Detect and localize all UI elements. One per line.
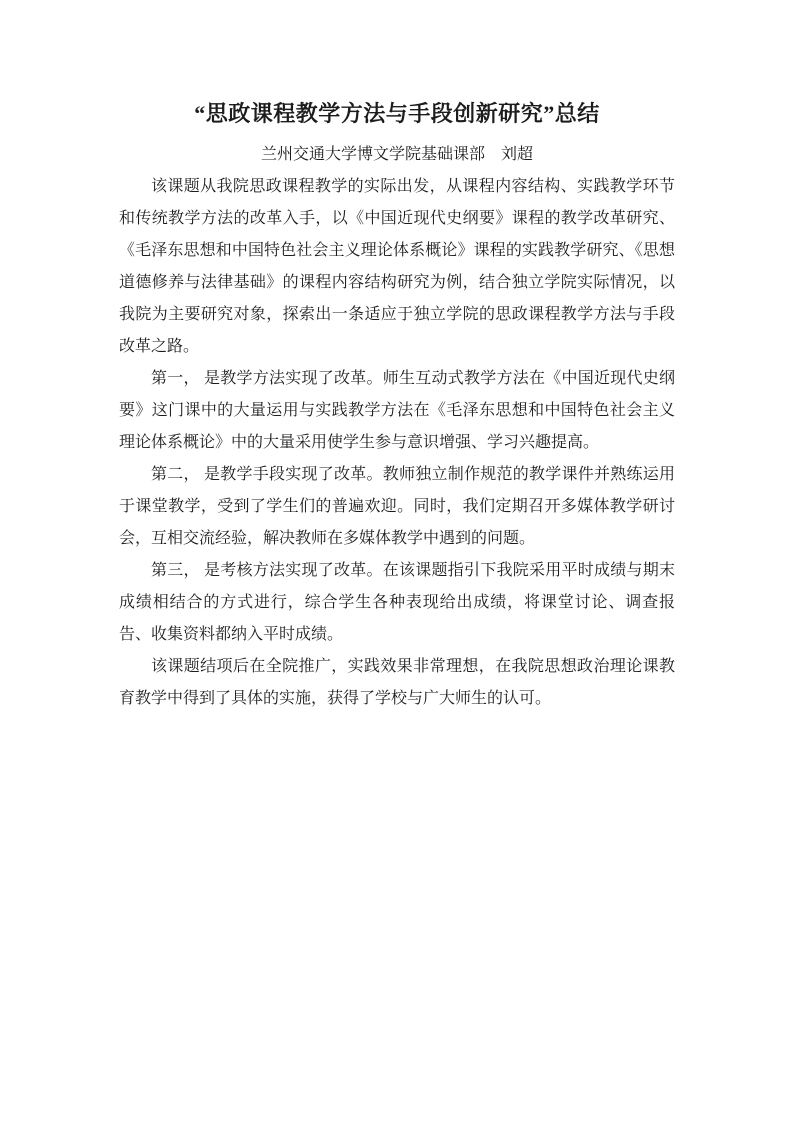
paragraph-first-point: 第一， 是教学方法实现了改革。师生互动式教学方法在《中国近现代史纲要》这门课中的… xyxy=(119,363,675,459)
document-title: “思政课程教学方法与手段创新研究”总结 xyxy=(119,97,675,130)
document-page: “思政课程教学方法与手段创新研究”总结 兰州交通大学博文学院基础课部 刘超 该课… xyxy=(0,0,794,1123)
paragraph-intro: 该课题从我院思政课程教学的实际出发，从课程内容结构、实践教学环节和传统教学方法的… xyxy=(119,171,675,363)
document-byline: 兰州交通大学博文学院基础课部 刘超 xyxy=(119,139,675,171)
paragraph-conclusion: 该课题结项后在全院推广，实践效果非常理想，在我院思想政治理论课教育教学中得到了具… xyxy=(119,651,675,715)
paragraph-second-point: 第二， 是教学手段实现了改革。教师独立制作规范的教学课件并熟练运用于课堂教学，受… xyxy=(119,459,675,555)
paragraph-third-point: 第三， 是考核方法实现了改革。在该课题指引下我院采用平时成绩与期末成绩相结合的方… xyxy=(119,555,675,651)
